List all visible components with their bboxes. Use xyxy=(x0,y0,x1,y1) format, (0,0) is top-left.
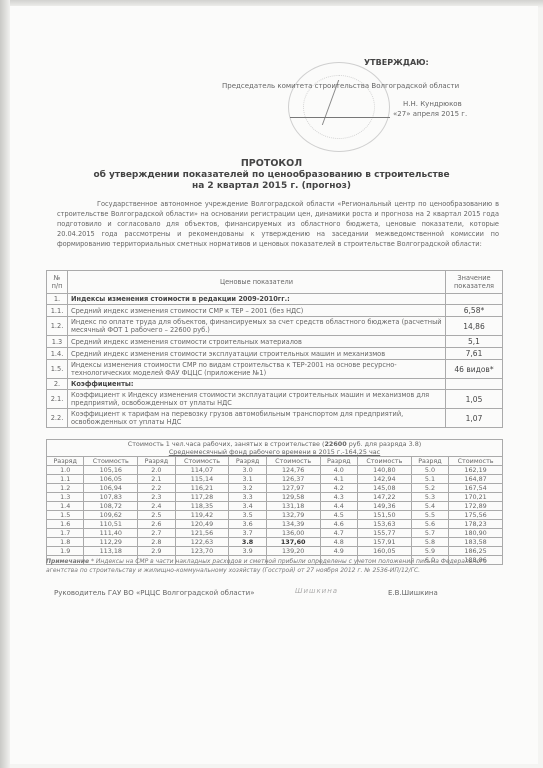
wage-cost: 129,58 xyxy=(266,493,320,502)
wage-cost: 175,56 xyxy=(449,511,503,520)
wage-cost: 136,00 xyxy=(266,529,320,538)
wage-grade: 1.6 xyxy=(47,520,84,529)
wage-cost: 151,50 xyxy=(357,511,411,520)
wage-grade: 4.6 xyxy=(320,520,357,529)
header-cost: Стоимость xyxy=(357,457,411,466)
header-cost: Стоимость xyxy=(84,457,138,466)
wage-grade: 1.7 xyxy=(47,529,84,538)
wage-cost: 153,63 xyxy=(357,520,411,529)
wage-cost: 139,20 xyxy=(266,547,320,556)
approval-date: «27» апреля 2015 г. xyxy=(393,110,467,118)
wage-grade: 4.5 xyxy=(320,511,357,520)
wage-cost: 147,22 xyxy=(357,493,411,502)
wage-cost: 107,83 xyxy=(84,493,138,502)
row-value xyxy=(446,294,503,305)
wage-cost: 112,29 xyxy=(84,538,138,547)
wage-cost: 137,60 xyxy=(266,538,320,547)
wage-cost: 170,21 xyxy=(449,493,503,502)
table-row: 2.1.Коэффициент к Индексу изменения стои… xyxy=(47,390,503,409)
wage-cost: 142,94 xyxy=(357,475,411,484)
wage-grade: 3.1 xyxy=(229,475,266,484)
row-indicator: Коэффициенты: xyxy=(68,379,446,390)
wage-grade: 3.0 xyxy=(229,466,266,475)
row-number: 1.4. xyxy=(47,348,68,360)
wage-cost: 172,89 xyxy=(449,502,503,511)
wage-grade: 5.3 xyxy=(411,493,448,502)
wage-grade: 5.9 xyxy=(411,547,448,556)
hourly-wage-table: Стоимость 1 чел.часа рабочих, занятых в … xyxy=(46,439,503,565)
wage-cost: 127,97 xyxy=(266,484,320,493)
wage-grade: 4.8 xyxy=(320,538,357,547)
wage-cost: 145,08 xyxy=(357,484,411,493)
row-indicator: Индексы изменения стоимости в редакции 2… xyxy=(68,294,446,305)
row-indicator: Коэффициент к тарифам на перевозку грузо… xyxy=(68,409,446,428)
wage-grade: 2.0 xyxy=(138,466,175,475)
wage-cost: 111,40 xyxy=(84,529,138,538)
row-value: 6,58* xyxy=(446,305,503,317)
approval-title: УТВЕРЖДАЮ: xyxy=(364,58,429,67)
table-row: 1.1.Средний индекс изменения стоимости С… xyxy=(47,305,503,317)
header-grade: Разряд xyxy=(138,457,175,466)
wage-cost: 183,58 xyxy=(449,538,503,547)
wage-cost: 119,42 xyxy=(175,511,229,520)
table-row: 1.9113,182.9123,703.9139,204.9160,055.91… xyxy=(47,547,503,556)
wage-grade: 1.0 xyxy=(47,466,84,475)
wage-cost: 140,80 xyxy=(357,466,411,475)
wage-cost: 116,21 xyxy=(175,484,229,493)
wage-cost: 121,56 xyxy=(175,529,229,538)
wage-grade: 4.0 xyxy=(320,466,357,475)
wage-cost: 113,18 xyxy=(84,547,138,556)
wage-cost: 110,51 xyxy=(84,520,138,529)
wage-grade: 1.8 xyxy=(47,538,84,547)
wage-grade: 5.7 xyxy=(411,529,448,538)
wage-cost: 117,28 xyxy=(175,493,229,502)
wage-grade: 2.5 xyxy=(138,511,175,520)
row-number: 1.2. xyxy=(47,317,68,336)
table-row: 1.6110,512.6120,493.6134,394.6153,635.61… xyxy=(47,520,503,529)
wage-cost: 167,54 xyxy=(449,484,503,493)
wage-cost: 164,87 xyxy=(449,475,503,484)
row-indicator: Средний индекс изменения стоимости строи… xyxy=(68,336,446,348)
footer-signature: Шишкина xyxy=(295,587,338,595)
wage-subcaption: Среднемесячный фонд рабочего времени в 2… xyxy=(47,448,503,457)
wage-cost: 124,76 xyxy=(266,466,320,475)
signature-line xyxy=(290,117,390,118)
row-value: 7,61 xyxy=(446,348,503,360)
header-grade: Разряд xyxy=(320,457,357,466)
row-number: 1.3 xyxy=(47,336,68,348)
row-indicator: Индексы изменения стоимости СМР по видам… xyxy=(68,360,446,379)
wage-cost: 114,07 xyxy=(175,466,229,475)
wage-cost: 160,05 xyxy=(357,547,411,556)
wage-cost: 122,63 xyxy=(175,538,229,547)
wage-cost: 186,25 xyxy=(449,547,503,556)
wage-cost: 134,39 xyxy=(266,520,320,529)
wage-grade: 5.5 xyxy=(411,511,448,520)
price-indicators-table: № п/п Ценовые показатели Значение показа… xyxy=(46,270,503,428)
row-value: 1,07 xyxy=(446,409,503,428)
wage-cost: 132,79 xyxy=(266,511,320,520)
wage-grade: 2.7 xyxy=(138,529,175,538)
row-indicator: Индекс по оплате труда для объектов, фин… xyxy=(68,317,446,336)
wage-grade: 4.9 xyxy=(320,547,357,556)
wage-header-row: РазрядСтоимостьРазрядСтоимостьРазрядСтои… xyxy=(47,457,503,466)
wage-grade: 1.1 xyxy=(47,475,84,484)
wage-grade: 2.9 xyxy=(138,547,175,556)
wage-cost: 131,18 xyxy=(266,502,320,511)
table-row: 1.7111,402.7121,563.7136,004.7155,775.71… xyxy=(47,529,503,538)
wage-grade: 3.2 xyxy=(229,484,266,493)
wage-grade: 5.0 xyxy=(411,466,448,475)
wage-grade: 2.2 xyxy=(138,484,175,493)
wage-grade: 4.3 xyxy=(320,493,357,502)
wage-cost: 106,94 xyxy=(84,484,138,493)
row-number: 1.5. xyxy=(47,360,68,379)
wage-cost: 180,90 xyxy=(449,529,503,538)
table-row: 1.4108,722.4118,353.4131,184.4149,365.41… xyxy=(47,502,503,511)
wage-grade: 2.4 xyxy=(138,502,175,511)
wage-grade: 2.8 xyxy=(138,538,175,547)
wage-grade: 5.4 xyxy=(411,502,448,511)
wage-grade: 2.1 xyxy=(138,475,175,484)
wage-caption: Стоимость 1 чел.часа рабочих, занятых в … xyxy=(47,440,503,449)
wage-grade: 5.1 xyxy=(411,475,448,484)
row-number: 2.2. xyxy=(47,409,68,428)
approver-name: Н.Н. Кундрюков xyxy=(403,100,462,108)
row-value: 46 видов* xyxy=(446,360,503,379)
table-row: 1.2106,942.2116,213.2127,974.2145,085.21… xyxy=(47,484,503,493)
wage-cost: 115,14 xyxy=(175,475,229,484)
header-grade: Разряд xyxy=(47,457,84,466)
wage-grade: 1.4 xyxy=(47,502,84,511)
footer-name: Е.В.Шишкина xyxy=(388,589,438,597)
wage-grade: 5.8 xyxy=(411,538,448,547)
wage-grade: 4.4 xyxy=(320,502,357,511)
wage-grade: 1.5 xyxy=(47,511,84,520)
scan-left-edge xyxy=(0,0,10,768)
table-row: 1.0105,162.0114,073.0124,764.0140,805.01… xyxy=(47,466,503,475)
wage-cost: 118,35 xyxy=(175,502,229,511)
wage-grade: 3.3 xyxy=(229,493,266,502)
table-row: 1.2.Индекс по оплате труда для объектов,… xyxy=(47,317,503,336)
header-cost: Стоимость xyxy=(175,457,229,466)
row-value: 5,1 xyxy=(446,336,503,348)
table-row: 1.5.Индексы изменения стоимости СМР по в… xyxy=(47,360,503,379)
footer-position: Руководитель ГАУ ВО «РЦЦС Волгоградской … xyxy=(54,589,254,597)
wage-grade: 1.2 xyxy=(47,484,84,493)
wage-grade: 4.2 xyxy=(320,484,357,493)
row-number: 2.1. xyxy=(47,390,68,409)
wage-cost: 178,23 xyxy=(449,520,503,529)
wage-grade: 2.3 xyxy=(138,493,175,502)
table-row: 1.1106,052.1115,143.1126,374.1142,945.11… xyxy=(47,475,503,484)
wage-grade: 3.7 xyxy=(229,529,266,538)
row-indicator: Коэффициент к Индексу изменения стоимост… xyxy=(68,390,446,409)
header-indicator: Ценовые показатели xyxy=(68,271,446,294)
wage-grade: 2.6 xyxy=(138,520,175,529)
header-cost: Стоимость xyxy=(266,457,320,466)
wage-grade: 4.1 xyxy=(320,475,357,484)
wage-cost: 155,77 xyxy=(357,529,411,538)
protocol-title: ПРОТОКОЛ xyxy=(0,158,543,169)
table-row: 2.2.Коэффициент к тарифам на перевозку г… xyxy=(47,409,503,428)
row-number: 1. xyxy=(47,294,68,305)
wage-grade: 3.6 xyxy=(229,520,266,529)
table-row: 1.Индексы изменения стоимости в редакции… xyxy=(47,294,503,305)
table-row: 1.3107,832.3117,283.3129,584.3147,225.31… xyxy=(47,493,503,502)
protocol-subtitle: об утверждении показателей по ценообразо… xyxy=(0,170,543,180)
wage-grade: 5.2 xyxy=(411,484,448,493)
wage-grade: 5.6 xyxy=(411,520,448,529)
row-value: 1,05 xyxy=(446,390,503,409)
wage-grade: 1.3 xyxy=(47,493,84,502)
wage-grade: 3.5 xyxy=(229,511,266,520)
header-grade: Разряд xyxy=(411,457,448,466)
table-row: 2.Коэффициенты: xyxy=(47,379,503,390)
header-value: Значение показателя xyxy=(446,271,503,294)
table-row: 1.3Средний индекс изменения стоимости ст… xyxy=(47,336,503,348)
wage-cost: 106,05 xyxy=(84,475,138,484)
wage-cost: 109,62 xyxy=(84,511,138,520)
row-number: 2. xyxy=(47,379,68,390)
row-indicator: Средний индекс изменения стоимости СМР к… xyxy=(68,305,446,317)
row-indicator: Средний индекс изменения стоимости экспл… xyxy=(68,348,446,360)
row-value xyxy=(446,379,503,390)
wage-grade: 3.9 xyxy=(229,547,266,556)
wage-grade: 3.4 xyxy=(229,502,266,511)
table-row: 1.5109,622.5119,423.5132,794.5151,505.51… xyxy=(47,511,503,520)
footnote: Примечание * Индексы на СМР в части накл… xyxy=(46,557,506,575)
wage-cost: 149,36 xyxy=(357,502,411,511)
table-row: 1.4.Средний индекс изменения стоимости э… xyxy=(47,348,503,360)
wage-cost: 162,19 xyxy=(449,466,503,475)
wage-grade: 3.8 xyxy=(229,538,266,547)
intro-paragraph: Государственное автономное учреждение Во… xyxy=(57,199,499,249)
wage-cost: 126,37 xyxy=(266,475,320,484)
wage-cost: 120,49 xyxy=(175,520,229,529)
wage-grade: 4.7 xyxy=(320,529,357,538)
header-cost: Стоимость xyxy=(449,457,503,466)
row-number: 1.1. xyxy=(47,305,68,317)
row-value: 14,86 xyxy=(446,317,503,336)
wage-cost: 108,72 xyxy=(84,502,138,511)
approver-position: Председатель комитета строительства Волг… xyxy=(222,82,459,90)
wage-cost: 105,16 xyxy=(84,466,138,475)
wage-cost: 157,91 xyxy=(357,538,411,547)
wage-grade: 1.9 xyxy=(47,547,84,556)
header-number: № п/п xyxy=(47,271,68,294)
wage-cost: 123,70 xyxy=(175,547,229,556)
header-grade: Разряд xyxy=(229,457,266,466)
protocol-period: на 2 квартал 2015 г. (прогноз) xyxy=(0,181,543,191)
table-row: 1.8112,292.8122,633.8137,604.8157,915.81… xyxy=(47,538,503,547)
